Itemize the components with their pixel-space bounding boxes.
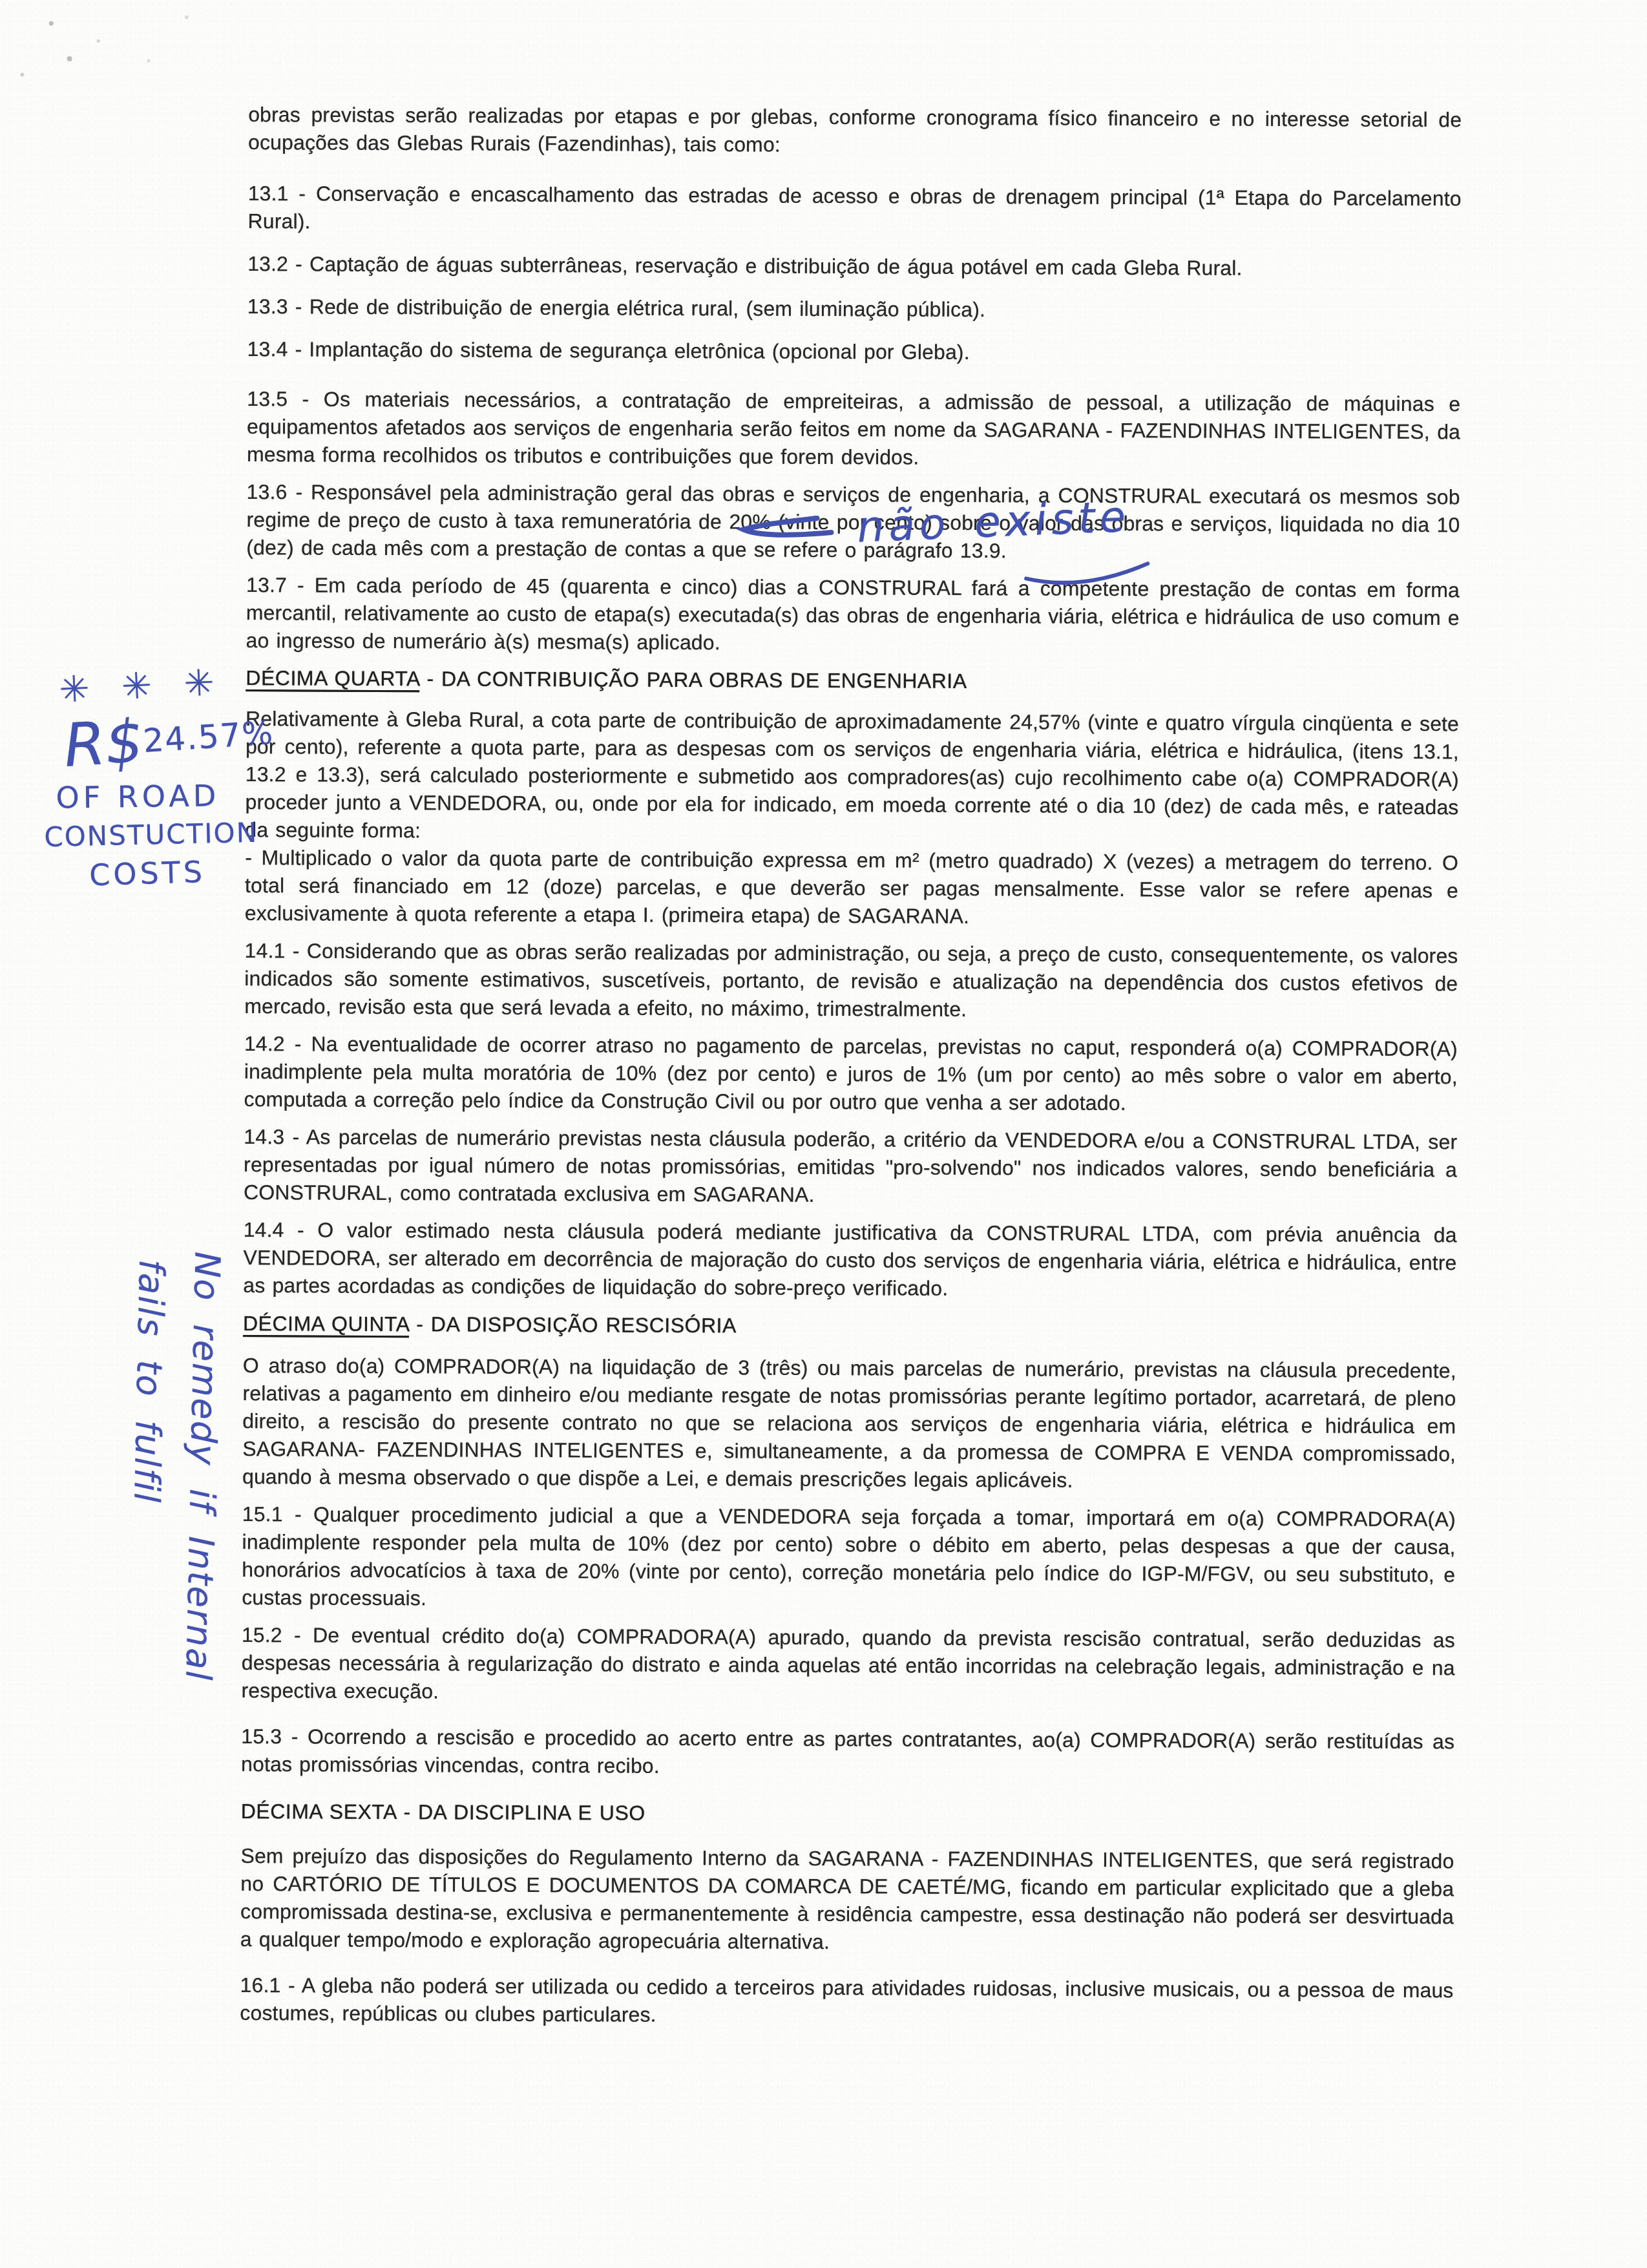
- vertical-note-line-2: fails to fulfil: [112, 1259, 179, 1768]
- clause-15-body: O atraso do(a) COMPRADOR(A) na liquidaçã…: [242, 1352, 1456, 1496]
- currency-symbol: R$: [62, 706, 145, 781]
- intro-paragraph: obras previstas serão realizadas por eta…: [248, 101, 1462, 162]
- clause-13-7: 13.7 - Em cada período de 45 (quarenta e…: [246, 571, 1460, 660]
- heading-underlined-part: DÉCIMA QUINTA: [243, 1312, 409, 1336]
- margin-note-amount: R$24.57%: [62, 704, 255, 776]
- scan-speck: [49, 21, 54, 26]
- scan-speck: [67, 56, 72, 61]
- document-text: obras previstas serão realizadas por eta…: [240, 101, 1462, 2042]
- clause-13-3: 13.3 - Rede de distribuição de energia e…: [247, 293, 1461, 326]
- clause-14-4: 14.4 - O valor estimado nesta cláusula p…: [243, 1216, 1457, 1305]
- clause-14-body: Relativamente à Gleba Rural, a cota part…: [245, 705, 1459, 849]
- scanned-contract-page: obras previstas serão realizadas por eta…: [0, 0, 1647, 2268]
- margin-note-road-costs: ✳ ✳ ✳ R$24.57% OF ROAD CONSTUCTION COSTS: [40, 667, 254, 888]
- scan-content: obras previstas serão realizadas por eta…: [0, 0, 1647, 2268]
- heading-rest: - DA CONTRIBUIÇÃO PARA OBRAS DE ENGENHAR…: [419, 667, 967, 693]
- clause-14-body-multiplicado: - Multiplicado o valor da quota parte de…: [245, 844, 1459, 932]
- clause-13-2: 13.2 - Captação de águas subterrâneas, r…: [247, 250, 1461, 283]
- clause-13-1: 13.1 - Conservação e encascalhamento das…: [247, 180, 1461, 240]
- section-heading-decima-quarta: DÉCIMA QUARTA - DA CONTRIBUIÇÃO PARA OBR…: [246, 664, 1459, 697]
- clause-14-3: 14.3 - As parcelas de numerário prevista…: [244, 1123, 1458, 1212]
- margin-note-line-costs: COSTS: [89, 856, 253, 890]
- clause-13-4: 13.4 - Implantação do sistema de seguran…: [247, 335, 1461, 368]
- asterisks-mark: ✳ ✳ ✳: [58, 663, 255, 708]
- margin-note-line-of-road: OF ROAD: [56, 780, 254, 812]
- clause-15-3: 15.3 - Ocorrendo a rescisão e procedido …: [241, 1723, 1454, 1783]
- clause-14-2: 14.2 - Na eventualidade de ocorrer atras…: [244, 1030, 1458, 1118]
- margin-note-line-constuction: CONSTUCTION: [44, 819, 254, 851]
- scan-speck: [185, 16, 189, 19]
- clause-16-1: 16.1 - A gleba não poderá ser utilizada …: [240, 1971, 1453, 2032]
- clause-15-1: 15.1 - Qualquer procedimento judicial a …: [242, 1500, 1456, 1617]
- vertical-margin-note: No remedy if Internal fails to fulfil: [112, 1250, 235, 1769]
- scan-speck: [20, 73, 24, 77]
- heading-rest: - DA DISPOSIÇÃO RESCISÓRIA: [409, 1312, 737, 1337]
- clause-13-5: 13.5 - Os materiais necessários, a contr…: [247, 385, 1461, 474]
- clause-15-2: 15.2 - De eventual crédito do(a) COMPRAD…: [241, 1621, 1455, 1710]
- vertical-note-line-1: No remedy if Internal: [168, 1251, 235, 1769]
- clause-13-6: 13.6 - Responsável pela administração ge…: [246, 478, 1460, 567]
- heading-underlined-part: DÉCIMA QUARTA: [246, 666, 419, 690]
- scan-speck: [97, 39, 100, 43]
- section-heading-decima-sexta: DÉCIMA SEXTA - DA DISCIPLINA E USO: [241, 1798, 1454, 1831]
- section-heading-decima-quinta: DÉCIMA QUINTA - DA DISPOSIÇÃO RESCISÓRIA: [243, 1310, 1456, 1343]
- scan-speck: [147, 59, 151, 62]
- clause-14-1: 14.1 - Considerando que as obras serão r…: [244, 937, 1458, 1025]
- clause-16-body: Sem prejuízo das disposições do Regulame…: [240, 1842, 1454, 1958]
